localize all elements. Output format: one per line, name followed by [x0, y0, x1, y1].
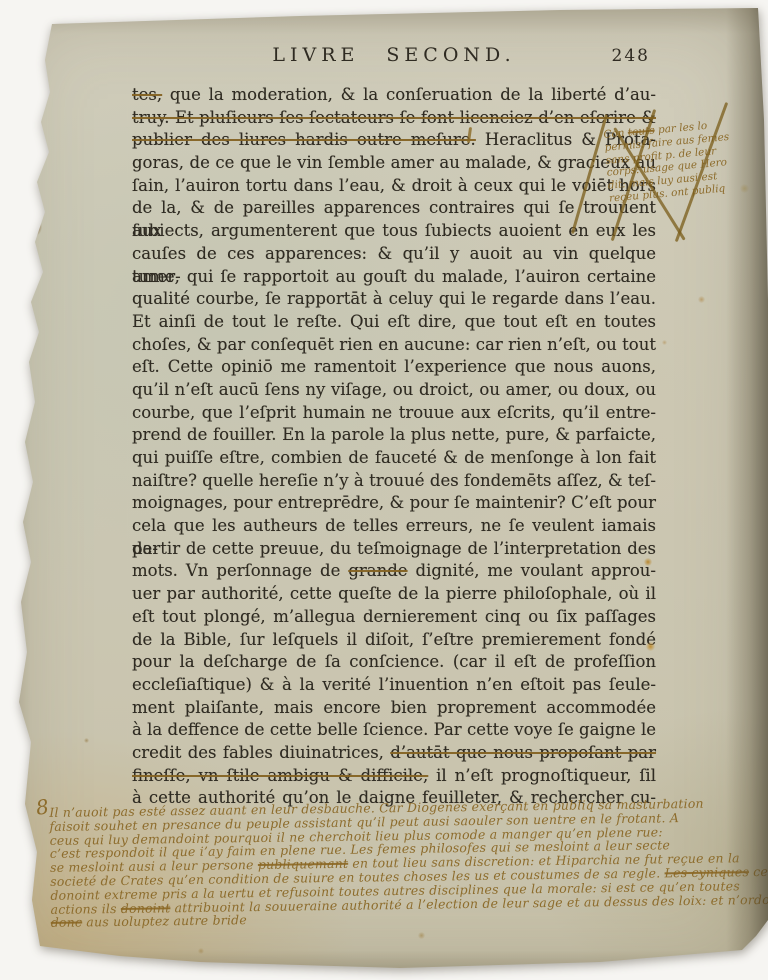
line-segment: goras, de ce que le vin ſemble amer au m… [132, 153, 656, 172]
line-segment: eſt tout plongé, m’allegua dernierement … [132, 607, 656, 626]
line-segment: naiſtre? quelle hereſie n’y à trouué des… [132, 471, 656, 490]
printed-line: cauſes de ces apparences: & qu’il y auoi… [132, 243, 656, 266]
line-segment: tume, qui ſe rapportoit au gouſt du mala… [132, 267, 656, 286]
printed-line: ment plaiſante, mais encore bien proprem… [132, 697, 656, 720]
line-segment: qu’il n’eſt aucū ſens ny viſage, ou droi… [132, 380, 656, 399]
right-edge-shadow [726, 0, 768, 980]
line-segment: courbe, que l’eſprit humain ne trouue au… [132, 403, 656, 422]
line-segment: il n’eſt prognoſtiqueur, ſil [428, 766, 656, 785]
line-segment: dignité, me voulant approu- [408, 561, 656, 580]
struck-segment: grande [348, 561, 407, 580]
printed-line: choſes, & par conſequēt rien en aucune: … [132, 334, 656, 357]
line-segment: Et ainſi de tout le reſte. Qui eſt dire,… [132, 312, 656, 331]
struck-segment: fineſſe, vn ſtile ambigu & difficile, [132, 766, 428, 785]
printed-line: publier des liures hardis outre meſure. … [132, 129, 656, 152]
printed-line: eſt tout plongé, m’allegua dernierement … [132, 606, 656, 629]
line-segment: ſain, l’auiron tortu dans l’eau, & droit… [132, 176, 656, 195]
printed-line: fineſſe, vn ſtile ambigu & difficile, il… [132, 765, 656, 788]
line-segment: prend de fouiller. En la parole la plus … [132, 425, 656, 444]
printed-line: de la Bible, ſur leſquels il diſoit, ſ’e… [132, 629, 656, 652]
bottom-edge-shadow [0, 950, 768, 980]
line-segment: de la Bible, ſur leſquels il diſoit, ſ’e… [132, 630, 656, 649]
foxing-spot [662, 340, 667, 345]
struck-segment: d’autāt que nous propoſant par [390, 743, 656, 762]
running-title: LIVRE SECOND. [132, 44, 656, 66]
printed-line: truy. Et pluſieurs ſes ſectateurs ſe fon… [132, 107, 656, 130]
printed-line: qui puiſſe eſtre, combien de fauceté & d… [132, 447, 656, 470]
printed-line: naiſtre? quelle hereſie n’y à trouué des… [132, 470, 656, 493]
printed-line: prend de fouiller. En la parole la plus … [132, 424, 656, 447]
printed-line: qu’il n’eſt aucū ſens ny viſage, ou droi… [132, 379, 656, 402]
line-segment: qualité courbe, ſe rapportāt à celuy qui… [132, 289, 656, 308]
printed-line: ſubiects, argumenterent que tous ſubiect… [132, 220, 656, 243]
line-segment: pour la deſcharge de ſa conſcience. (car… [132, 652, 656, 671]
printed-line: courbe, que l’eſprit humain ne trouue au… [132, 402, 656, 425]
printed-text-block: tes, que la moderation, & la conſeruatio… [132, 84, 656, 810]
photo-backdrop: LIVRE SECOND. 248 tes, que la moderation… [0, 0, 768, 980]
line-segment: eſt. Cette opiniō me ramentoit l’experie… [132, 357, 656, 376]
line-segment: aus uoluptez autre bride [82, 913, 247, 930]
printed-line: à la deffence de cette belle ſcience. Pa… [132, 719, 656, 742]
struck-segment: donc [51, 915, 83, 930]
printed-line: tume, qui ſe rapportoit au gouſt du mala… [132, 266, 656, 289]
top-edge-shadow [0, 0, 768, 34]
page-header: LIVRE SECOND. 248 [132, 44, 656, 70]
line-segment: ſubiects, argumenterent que tous ſubiect… [132, 221, 656, 240]
struck-segment: publier des liures hardis outre meſure. [132, 130, 476, 149]
printed-line: eccleſiaſtique) & à la verité l’inuentio… [132, 674, 656, 697]
foxing-spot [418, 932, 425, 939]
line-segment: partir de cette preuue, du teſmoignage d… [132, 539, 656, 558]
printed-line: mots. Vn perſonnage de grande dignité, m… [132, 560, 656, 583]
printed-line: cela que les autheurs de telles erreurs,… [132, 515, 656, 538]
line-segment: choſes, & par conſequēt rien en aucune: … [132, 335, 656, 354]
printed-line: ſain, l’auiron tortu dans l’eau, & droit… [132, 175, 656, 198]
printed-line: qualité courbe, ſe rapportāt à celuy qui… [132, 288, 656, 311]
foxing-spot [84, 738, 89, 743]
foxing-spot [646, 642, 655, 651]
printed-line: pour la deſcharge de ſa conſcience. (car… [132, 651, 656, 674]
foxing-spot [698, 296, 705, 303]
printed-line: credit des fables diuinatrices, d’autāt … [132, 742, 656, 765]
line-segment: eccleſiaſtique) & à la verité l’inuentio… [132, 675, 656, 694]
line-segment: que la moderation, & la conſeruation de … [162, 85, 656, 104]
foxing-spot [644, 558, 652, 566]
printed-line: uer par authorité, cette queſte de la pi… [132, 583, 656, 606]
printed-line: eſt. Cette opiniō me ramentoit l’experie… [132, 356, 656, 379]
line-segment: uer par authorité, cette queſte de la pi… [132, 584, 656, 603]
line-segment: moignages, pour entreprēdre, & pour ſe m… [132, 493, 656, 512]
page-number: 248 [612, 46, 650, 66]
bottom-annotation: Il n’auoit pas esté assez auant en leur … [49, 796, 757, 930]
line-segment: qui puiſſe eſtre, combien de fauceté & d… [132, 448, 656, 467]
line-segment: mots. Vn perſonnage de [132, 561, 348, 580]
printed-line: Et ainſi de tout le reſte. Qui eſt dire,… [132, 311, 656, 334]
struck-segment: tes, [132, 85, 162, 104]
line-segment: ment plaiſante, mais encore bien proprem… [132, 698, 656, 717]
printed-line: goras, de ce que le vin ſemble amer au m… [132, 152, 656, 175]
printed-line: tes, que la moderation, & la conſeruatio… [132, 84, 656, 107]
line-segment: à la deffence de cette belle ſcience. Pa… [132, 720, 656, 739]
book-page: LIVRE SECOND. 248 tes, que la moderation… [0, 0, 768, 980]
printed-line: moignages, pour entreprēdre, & pour ſe m… [132, 492, 656, 515]
ink-stain [28, 218, 42, 236]
printed-line: partir de cette preuue, du teſmoignage d… [132, 538, 656, 561]
struck-segment: truy. Et pluſieurs ſes ſectateurs ſe fon… [132, 108, 656, 127]
line-segment: credit des fables diuinatrices, [132, 743, 390, 762]
